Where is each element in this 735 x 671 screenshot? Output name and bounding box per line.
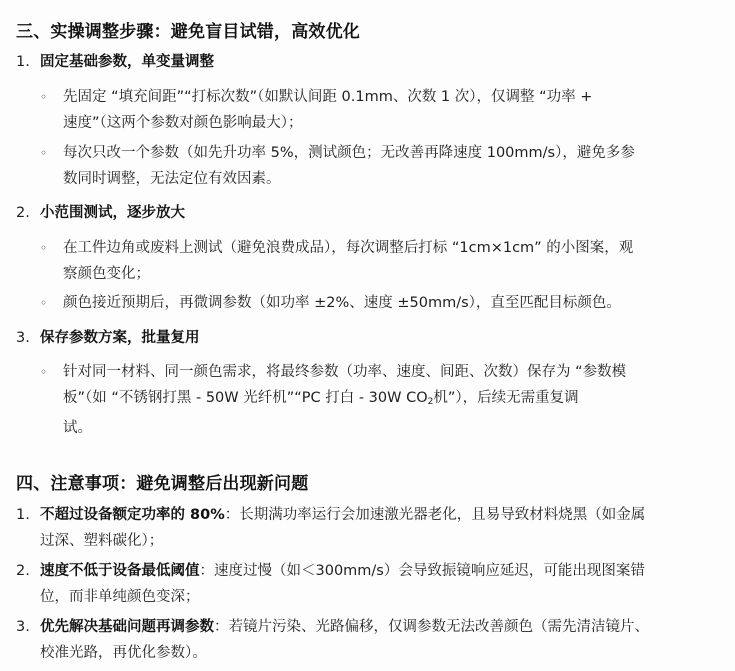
- note-number: 2.: [16, 558, 36, 584]
- bullet-line: 板”（如 “不锈钢打黑 - 50W 光纤机”“PC 打白 - 30W CO2机”…: [63, 385, 680, 415]
- bullet-line: 察颜色变化；: [63, 261, 680, 287]
- note-3: 3. 优先解决基础问题再调参数：若镜片污染、光路偏移，仅调参数无法改善颜色（需先…: [16, 614, 706, 666]
- bullet-circle-icon: ◦: [40, 140, 54, 166]
- step-number: 1.: [16, 49, 36, 75]
- bullet-line: 数同时调整，无法定位有效因素。: [63, 166, 680, 192]
- step-1-bullet-2: ◦ 每次只改一个参数（如先升功率 5%，测试颜色；无改善再降速度 100mm/s…: [40, 140, 680, 192]
- bullet-line: 颜色接近预期后，再微调参数（如功率 ±2%、速度 ±50mm/s），直至匹配目标…: [63, 290, 680, 316]
- bullet-circle-icon: ◦: [40, 359, 54, 385]
- step-label: 小范围测试，逐步放大: [40, 205, 185, 221]
- note-text: ：长期满功率运行会加速激光器老化，且易导致材料烧黑（如金属: [225, 507, 646, 523]
- section-3-heading: 三、实操调整步骤：避免盲目试错，高效优化: [16, 17, 360, 42]
- step-number: 3.: [16, 325, 36, 351]
- bullet-line: 每次只改一个参数（如先升功率 5%，测试颜色；无改善再降速度 100mm/s），…: [63, 140, 680, 166]
- note-1: 1. 不超过设备额定功率的 80%：长期满功率运行会加速激光器老化，且易导致材料…: [16, 502, 706, 554]
- bullet-circle-icon: ◦: [40, 235, 54, 261]
- step-3-bullet-1: ◦ 针对同一材料、同一颜色需求，将最终参数（功率、速度、间距、次数）保存为 “参…: [40, 359, 680, 441]
- step-1-bullet-1: ◦ 先固定 “填充间距”“打标次数”（如默认间距 0.1mm、次数 1 次），仅…: [40, 84, 680, 136]
- step-2-bullet-2: ◦ 颜色接近预期后，再微调参数（如功率 ±2%、速度 ±50mm/s），直至匹配…: [40, 290, 680, 316]
- bullet-line: 针对同一材料、同一颜色需求，将最终参数（功率、速度、间距、次数）保存为 “参数模: [63, 359, 680, 385]
- note-label: 不超过设备额定功率的 80%: [40, 507, 225, 523]
- section-4-heading: 四、注意事项：避免调整后出现新问题: [16, 469, 308, 494]
- note-number: 3.: [16, 614, 36, 640]
- step-3: 3. 保存参数方案，批量复用: [16, 325, 706, 351]
- bullet-line: 试。: [63, 415, 680, 441]
- bullet-line-part: 板”（如 “不锈钢打黑 - 50W 光纤机”“PC 打白 - 30W CO: [63, 390, 428, 406]
- step-1: 1. 固定基础参数，单变量调整: [16, 49, 706, 75]
- note-2: 2. 速度不低于设备最低阈值：速度过慢（如＜300mm/s）会导致振镜响应延迟，…: [16, 558, 706, 610]
- note-number: 1.: [16, 502, 36, 528]
- bullet-line: 速度”（这两个参数对颜色影响最大）；: [63, 110, 680, 136]
- bullet-circle-icon: ◦: [40, 290, 54, 316]
- note-text: 位，而非单纯颜色变深；: [40, 589, 200, 605]
- note-text: 校准光路，再优化参数）。: [40, 645, 207, 661]
- note-label: 速度不低于设备最低阈值: [40, 563, 200, 579]
- bullet-circle-icon: ◦: [40, 84, 54, 110]
- note-text: ：若镜片污染、光路偏移，仅调参数无法改善颜色（需先清洁镜片、: [214, 619, 649, 635]
- note-text: 过深、塑料碳化）；: [40, 533, 163, 549]
- note-label: 优先解决基础问题再调参数: [40, 619, 214, 635]
- step-label: 固定基础参数，单变量调整: [40, 54, 214, 70]
- bullet-line: 先固定 “填充间距”“打标次数”（如默认间距 0.1mm、次数 1 次），仅调整…: [63, 84, 680, 110]
- note-text: ：速度过慢（如＜300mm/s）会导致振镜响应延迟，可能出现图案错: [200, 563, 645, 579]
- step-label: 保存参数方案，批量复用: [40, 330, 200, 346]
- bullet-line: 在工件边角或废料上测试（避免浪费成品），每次调整后打标 “1cm×1cm” 的小…: [63, 235, 680, 261]
- step-2-bullet-1: ◦ 在工件边角或废料上测试（避免浪费成品），每次调整后打标 “1cm×1cm” …: [40, 235, 680, 287]
- step-number: 2.: [16, 200, 36, 226]
- bullet-line-part: 机”），后续无需重复调: [433, 390, 578, 406]
- step-2: 2. 小范围测试，逐步放大: [16, 200, 706, 226]
